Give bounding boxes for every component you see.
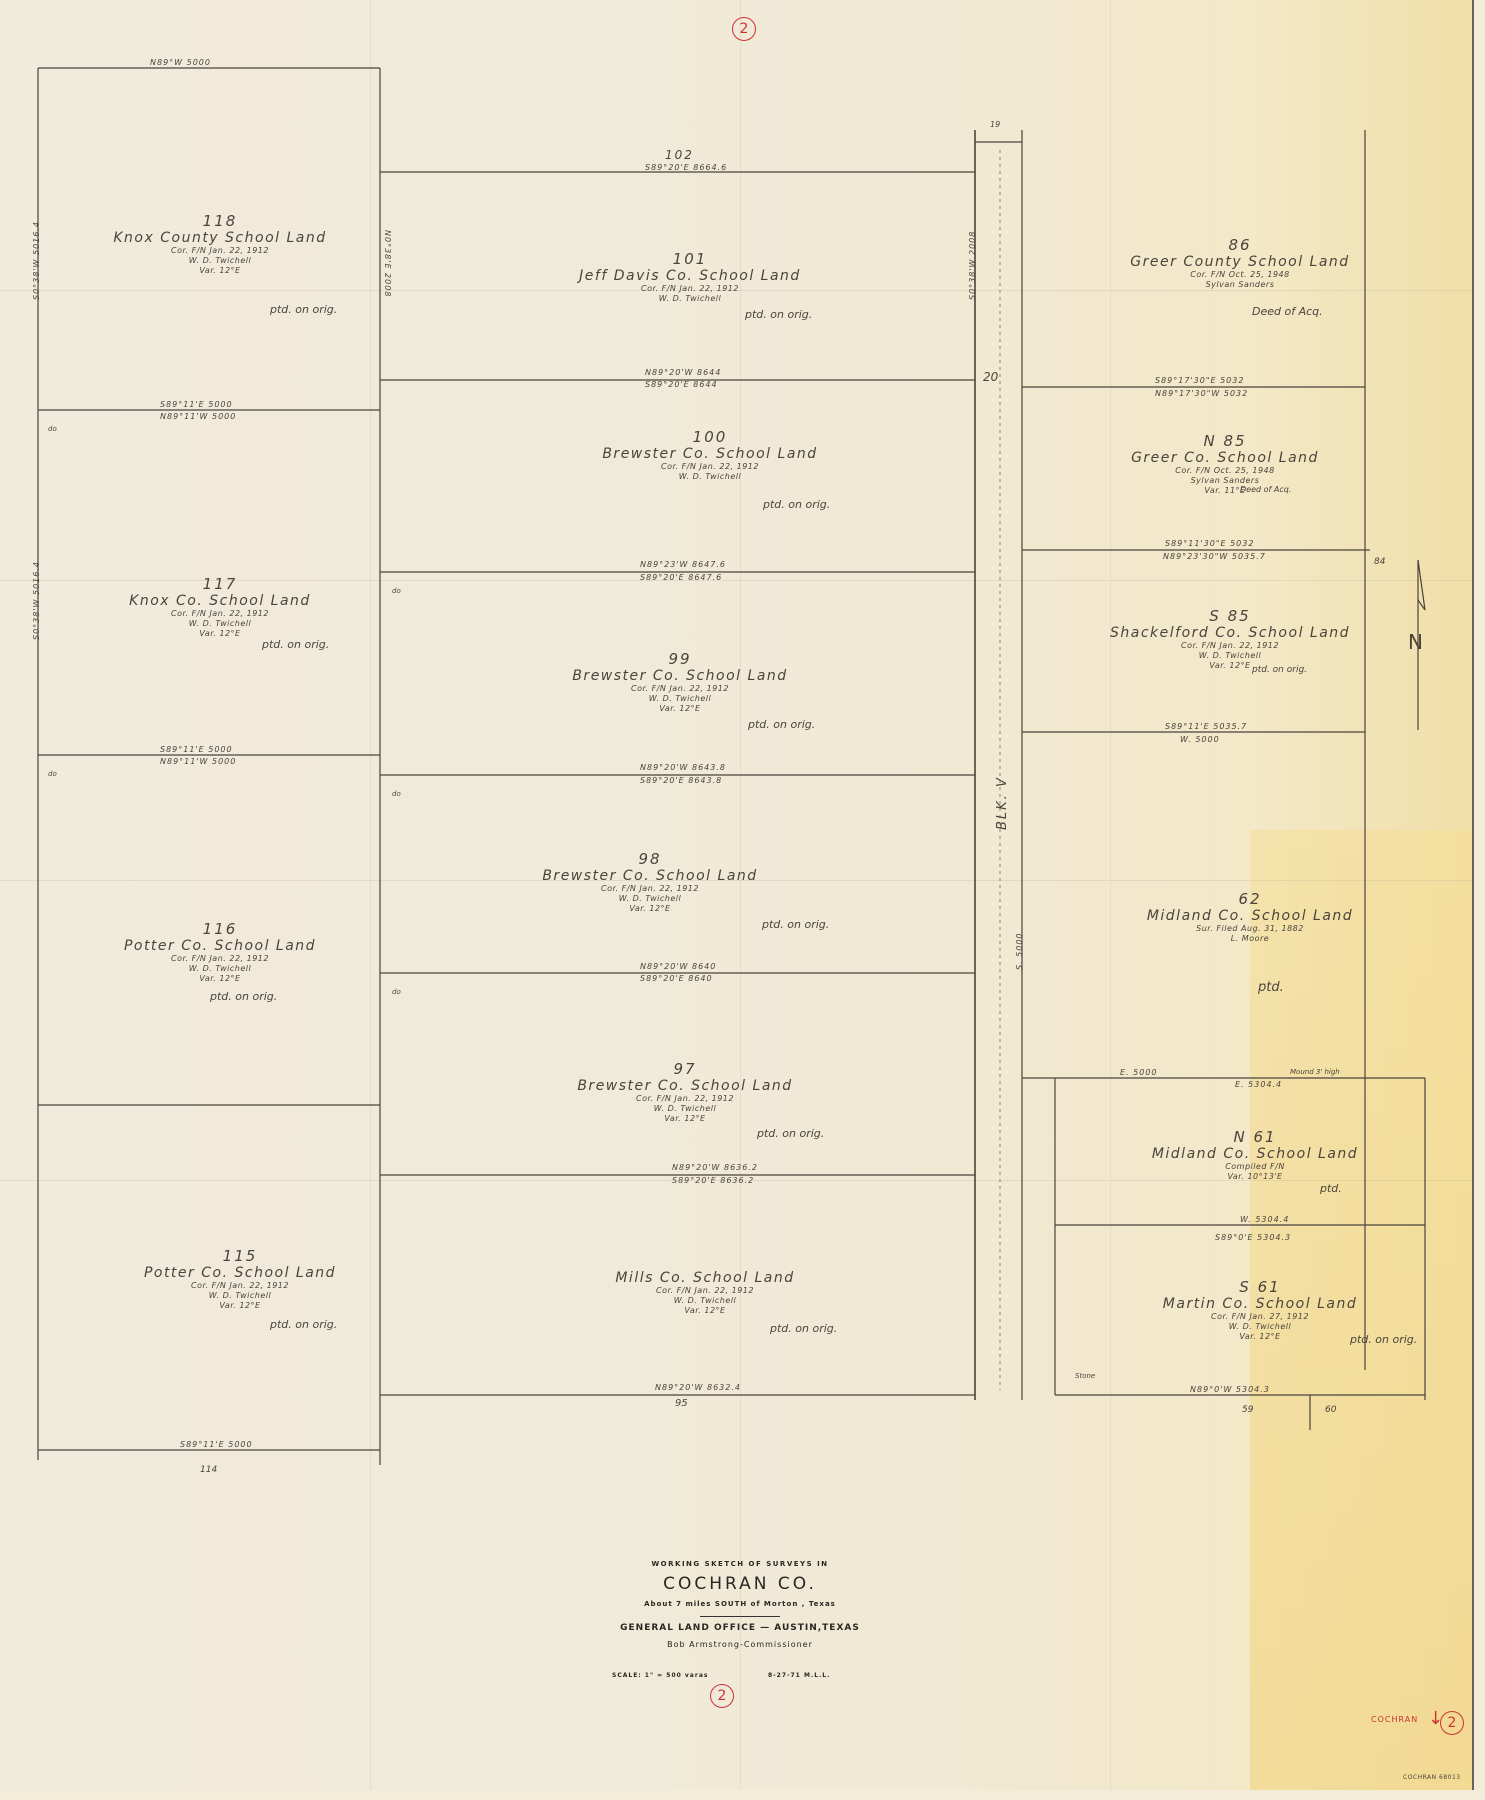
line-bearing: N89°20'W 8643.8	[640, 763, 726, 772]
adjacent-survey-20: 20	[983, 370, 998, 384]
survey-note: do	[392, 587, 401, 595]
tract-surveyor: W. D. Twichell	[1160, 1322, 1360, 1332]
adjacent-survey-60: 60	[1325, 1405, 1336, 1415]
line-bearing: N89°17'30"W 5032	[1155, 389, 1248, 398]
tract-117: 117 Knox Co. School Land Cor. F/N Jan. 2…	[100, 575, 340, 639]
tract-cert: Cor. F/N Jan. 22, 1912	[1110, 641, 1350, 651]
tract-cert: Cor. F/N Jan. 22, 1912	[565, 1094, 805, 1104]
tract-n61: N 61 Midland Co. School Land Compiled F/…	[1150, 1128, 1360, 1182]
tract-name: Midland Co. School Land	[1150, 1146, 1360, 1162]
tract-number: 99	[560, 650, 800, 668]
tract-variation: Var. 12°E	[590, 1306, 820, 1316]
tract-note: ptd.	[1320, 1182, 1342, 1195]
tract-variation: Var. 12°E	[520, 904, 780, 914]
tract-cert: Cor. F/N Jan. 22, 1912	[100, 954, 340, 964]
tract-name: Knox Co. School Land	[100, 593, 340, 609]
tract-number: 97	[565, 1060, 805, 1078]
tract-surveyor: W. D. Twichell	[100, 619, 340, 629]
adjacent-survey-59: 59	[1242, 1405, 1253, 1415]
tract-name: Brewster Co. School Land	[520, 868, 780, 884]
tract-cert: Cor. F/N Jan. 22, 1912	[590, 1286, 820, 1296]
line-bearing: S89°20'E 8636.2	[672, 1176, 754, 1185]
tract-note: Deed of Acq.	[1252, 305, 1323, 318]
adjacent-survey-102: 102	[665, 148, 694, 162]
tract-cert: Sur. Filed Aug. 31, 1882	[1140, 924, 1360, 934]
tract-number: 101	[560, 250, 820, 268]
tract-variation: Var. 11°E	[1125, 486, 1325, 496]
county-stamp: COCHRAN	[1371, 1715, 1418, 1724]
tract-name: Potter Co. School Land	[130, 1265, 350, 1281]
tract-cert: Cor. F/N Jan. 22, 1912	[100, 609, 340, 619]
tract-number: N 61	[1150, 1128, 1360, 1146]
tract-variation: Var. 10°13'E	[1150, 1172, 1360, 1182]
survey-note: do	[392, 988, 401, 996]
line-bearing: W. 5304.4	[1240, 1215, 1289, 1224]
line-bearing: N89°23'W 8647.6	[640, 560, 726, 569]
tract-note: ptd. on orig.	[762, 918, 829, 931]
tract-name: Knox County School Land	[100, 230, 340, 246]
tract-name: Greer County School Land	[1130, 254, 1350, 270]
line-bearing: N89°20'W 8644	[645, 368, 721, 377]
survey-note: do	[392, 790, 401, 798]
tract-number: 118	[100, 212, 340, 230]
tract-note: ptd. on orig.	[770, 1322, 837, 1335]
line-bearing: S89°20'E 8640	[640, 974, 713, 983]
survey-note: Stone	[1075, 1372, 1095, 1380]
line-bearing: S89°11'E 5035.7	[1165, 722, 1247, 731]
tract-note: ptd. on orig.	[210, 990, 277, 1003]
tract-note: ptd. on orig.	[270, 1318, 337, 1331]
sheet-number-mark: 2	[732, 17, 756, 41]
tract-surveyor: W. D. Twichell	[565, 1104, 805, 1114]
title-heading: WORKING SKETCH OF SURVEYS IN	[560, 1560, 920, 1568]
adjacent-survey-84: 84	[1374, 557, 1385, 567]
tract-name: Potter Co. School Land	[100, 938, 340, 954]
title-office: GENERAL LAND OFFICE — AUSTIN,TEXAS	[560, 1623, 920, 1633]
line-bearing: S89°11'E 5000	[160, 745, 233, 754]
tract-surveyor: W. D. Twichell	[590, 1296, 820, 1306]
tract-surveyor: W. D. Twichell	[100, 964, 340, 974]
tract-note: ptd. on orig.	[262, 638, 329, 651]
tract-number: 62	[1140, 890, 1360, 908]
adjacent-survey-95: 95	[675, 1398, 688, 1409]
survey-note: do	[48, 425, 57, 433]
tract-surveyor: Sylvan Sanders	[1125, 476, 1325, 486]
line-bearing: S89°20'E 8643.8	[640, 776, 722, 785]
tract-variation: Var. 12°E	[100, 974, 340, 984]
tract-cert: Cor. F/N Jan. 22, 1912	[580, 462, 840, 472]
tract-number: 100	[580, 428, 840, 446]
tract-surveyor: W. D. Twichell	[130, 1291, 350, 1301]
tract-surveyor: W. D. Twichell	[580, 472, 840, 482]
catalog-number: COCHRAN 68013	[1403, 1774, 1461, 1781]
block-label: BLK. V	[995, 776, 1010, 830]
tract-name: Jeff Davis Co. School Land	[560, 268, 820, 284]
tract-cert: Cor. F/N Jan. 22, 1912	[130, 1281, 350, 1291]
tract-99: 99 Brewster Co. School Land Cor. F/N Jan…	[560, 650, 800, 714]
line-bearing: S89°20'E 8664.6	[645, 163, 727, 172]
tract-116: 116 Potter Co. School Land Cor. F/N Jan.…	[100, 920, 340, 984]
tract-number: N 85	[1125, 432, 1325, 450]
tract-name: Midland Co. School Land	[1140, 908, 1360, 924]
tract-115: 115 Potter Co. School Land Cor. F/N Jan.…	[130, 1247, 350, 1311]
tract-cert: Compiled F/N	[1150, 1162, 1360, 1172]
tract-surveyor: L. Moore	[1140, 934, 1360, 944]
tract-118: 118 Knox County School Land Cor. F/N Jan…	[100, 212, 340, 276]
tract-97: 97 Brewster Co. School Land Cor. F/N Jan…	[565, 1060, 805, 1124]
line-bearing: S89°0'E 5304.3	[1215, 1233, 1291, 1242]
line-bearing: N89°23'30"W 5035.7	[1163, 552, 1266, 561]
line-bearing: N89°11'W 5000	[160, 757, 236, 766]
tract-variation: Var. 12°E	[560, 704, 800, 714]
line-bearing: S89°20'E 8647.6	[640, 573, 722, 582]
tract-number: 116	[100, 920, 340, 938]
title-date: 8-27-71 M.L.L.	[768, 1672, 830, 1679]
tract-surveyor: Sylvan Sanders	[1130, 280, 1350, 290]
line-bearing: N89°0'W 5304.3	[1190, 1385, 1270, 1394]
line-bearing: N89°11'W 5000	[160, 412, 236, 421]
tract-98: 98 Brewster Co. School Land Cor. F/N Jan…	[520, 850, 780, 914]
line-bearing: S89°17'30"E 5032	[1155, 376, 1244, 385]
line-bearing: S89°11'E 5000	[180, 1440, 253, 1449]
tract-variation: Var. 12°E	[1160, 1332, 1360, 1342]
tract-variation: Var. 12°E	[130, 1301, 350, 1311]
line-bearing: S. 5000	[1015, 932, 1024, 970]
title-block: WORKING SKETCH OF SURVEYS IN COCHRAN CO.…	[560, 1510, 920, 1649]
tract-surveyor: W. D. Twichell	[520, 894, 780, 904]
tract-variation: Var. 12°E	[565, 1114, 805, 1124]
line-bearing: E. 5304.4	[1235, 1080, 1282, 1089]
tract-note: ptd. on orig.	[1252, 665, 1307, 675]
tract-100: 100 Brewster Co. School Land Cor. F/N Ja…	[580, 428, 840, 482]
survey-note: do	[48, 770, 57, 778]
line-bearing: N89°W 5000	[150, 58, 211, 67]
tract-number: 115	[130, 1247, 350, 1265]
sheet-number-stamp: 2	[1440, 1711, 1464, 1735]
tract-cert: Cor. F/N Jan. 22, 1912	[520, 884, 780, 894]
tract-number: 86	[1130, 236, 1350, 254]
map-sheet: 2 2 118 Knox County School Land Cor. F/N…	[0, 0, 1474, 1790]
tract-cert: Cor. F/N Jan. 27, 1912	[1160, 1312, 1360, 1322]
line-bearing: S0°38'W 5016.4	[32, 561, 41, 640]
title-scale: SCALE: 1" = 500 varas	[612, 1672, 708, 1679]
line-bearing: W. 5000	[1180, 735, 1220, 744]
tract-number: 98	[520, 850, 780, 868]
adjacent-survey-19: 19	[990, 120, 1000, 129]
line-bearing: S0°38'W 2008	[968, 231, 977, 300]
tract-name: Martin Co. School Land	[1160, 1296, 1360, 1312]
tract-surveyor: W. D. Twichell	[1110, 651, 1350, 661]
tract-name: Brewster Co. School Land	[565, 1078, 805, 1094]
title-divider	[700, 1616, 780, 1617]
line-bearing: N89°20'W 8640	[640, 962, 716, 971]
tract-surveyor: W. D. Twichell	[100, 256, 340, 266]
tract-cert: Cor. F/N Oct. 25, 1948	[1130, 270, 1350, 280]
line-bearing: S0°38'W 5016.4	[32, 221, 41, 300]
tract-s61: S 61 Martin Co. School Land Cor. F/N Jan…	[1160, 1278, 1360, 1342]
tract-note: ptd. on orig.	[748, 718, 815, 731]
line-bearing: N0°38'E 2008	[383, 230, 392, 297]
north-arrow-label: N	[1408, 630, 1423, 654]
survey-note: Mound 3' high	[1290, 1068, 1340, 1076]
tract-note: ptd. on orig.	[757, 1127, 824, 1140]
tract-cert: Cor. F/N Jan. 22, 1912	[100, 246, 340, 256]
tract-number: 117	[100, 575, 340, 593]
tract-variation: Var. 12°E	[100, 266, 340, 276]
adjacent-survey-114: 114	[200, 1465, 217, 1475]
tract-name: Greer Co. School Land	[1125, 450, 1325, 466]
title-location: About 7 miles SOUTH of Morton , Texas	[560, 1600, 920, 1608]
line-bearing: S89°20'E 8644	[645, 380, 718, 389]
tract-name: Brewster Co. School Land	[580, 446, 840, 462]
tract-note: Deed of Acq.	[1240, 485, 1291, 494]
tract-s85: S 85 Shackelford Co. School Land Cor. F/…	[1110, 607, 1350, 671]
tract-96: Mills Co. School Land Cor. F/N Jan. 22, …	[590, 1270, 820, 1316]
line-bearing: N89°20'W 8632.4	[655, 1383, 741, 1392]
tract-62: 62 Midland Co. School Land Sur. Filed Au…	[1140, 890, 1360, 944]
tract-surveyor: W. D. Twichell	[560, 294, 820, 304]
tract-variation: Var. 12°E	[1110, 661, 1350, 671]
tract-number: S 61	[1160, 1278, 1360, 1296]
tract-note: ptd. on orig.	[745, 308, 812, 321]
tract-name: Brewster Co. School Land	[560, 668, 800, 684]
line-bearing: E. 5000	[1120, 1068, 1158, 1077]
tract-name: Mills Co. School Land	[590, 1270, 820, 1286]
tract-note: ptd. on orig.	[1350, 1333, 1417, 1346]
tract-surveyor: W. D. Twichell	[560, 694, 800, 704]
tract-note: ptd.	[1258, 980, 1284, 995]
line-bearing: N89°20'W 8636.2	[672, 1163, 758, 1172]
tract-86: 86 Greer County School Land Cor. F/N Oct…	[1130, 236, 1350, 290]
line-bearing: S89°11'E 5000	[160, 400, 233, 409]
tract-cert: Cor. F/N Jan. 22, 1912	[560, 284, 820, 294]
line-bearing: S89°11'30"E 5032	[1165, 539, 1254, 548]
title-county: COCHRAN CO.	[560, 1574, 920, 1594]
tract-name: Shackelford Co. School Land	[1110, 625, 1350, 641]
tract-cert: Cor. F/N Oct. 25, 1948	[1125, 466, 1325, 476]
tract-n85: N 85 Greer Co. School Land Cor. F/N Oct.…	[1125, 432, 1325, 496]
tract-cert: Cor. F/N Jan. 22, 1912	[560, 684, 800, 694]
tract-note: ptd. on orig.	[270, 303, 337, 316]
sheet-number-mark: 2	[710, 1684, 734, 1708]
tract-101: 101 Jeff Davis Co. School Land Cor. F/N …	[560, 250, 820, 304]
title-commissioner: Bob Armstrong-Commissioner	[560, 1640, 920, 1649]
tract-note: ptd. on orig.	[763, 498, 830, 511]
tract-number: S 85	[1110, 607, 1350, 625]
